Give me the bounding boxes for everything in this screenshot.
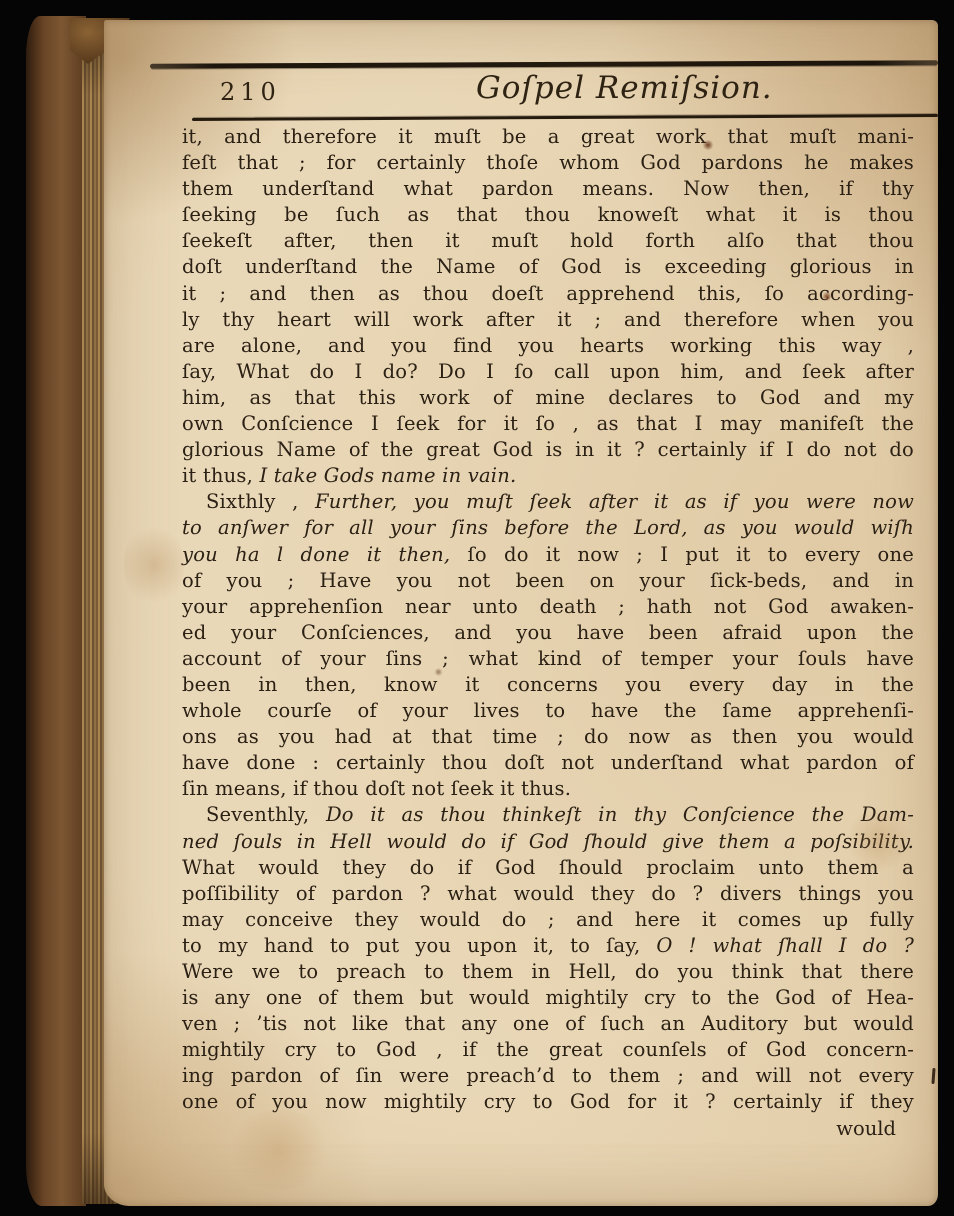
catchword: would <box>182 1116 914 1142</box>
text-line: ſeekeſt after, then it muſt hold forth a… <box>182 228 914 254</box>
text-line: ſeeking be ſuch as that thou knoweſt wha… <box>182 202 914 228</box>
text-line: ly thy heart will work after it ; and th… <box>182 307 914 333</box>
photograph-background: { "page": { "number": "210", "header_tit… <box>0 0 954 1216</box>
text-line: account of your ſins ; what kind of temp… <box>182 646 914 672</box>
running-title: Goſpel Remiſsion. <box>476 70 773 106</box>
text-line: may conceive they would do ; and here it… <box>182 907 914 933</box>
text-line: poſſibility of pardon ? what would they … <box>182 881 914 907</box>
book-spine <box>26 16 86 1206</box>
text-line: are alone, and you find you hearts worki… <box>182 333 914 359</box>
text-line: him, as that this work of mine declares … <box>182 385 914 411</box>
text-line: whole courſe of your lives to have the ſ… <box>182 698 914 724</box>
book-page: 210 Goſpel Remiſsion. it, and therefore … <box>104 20 938 1206</box>
text-line: feſt that ; for certainly thoſe whom God… <box>182 150 914 176</box>
text-line: own Conſcience I ſeek for it ſo , as tha… <box>182 411 914 437</box>
text-line: Were we to preach to them in Hell, do yo… <box>182 959 914 985</box>
text-line: been in then, know it concerns you every… <box>182 672 914 698</box>
margin-ink-mark <box>931 1068 935 1084</box>
text-line: ned ſouls in Hell would do if God ſhould… <box>182 829 914 855</box>
text-line: to anſwer for all your ſins before the L… <box>182 515 914 541</box>
paper-stain <box>124 520 184 610</box>
text-line: Seventhly, Do it as thou thinkeſt in thy… <box>182 802 914 828</box>
text-line: it thus, I take Gods name in vain. <box>182 463 914 489</box>
text-line: to my hand to put you upon it, to ſay, O… <box>182 933 914 959</box>
text-line: ing pardon of ſin were preach’d to them … <box>182 1063 914 1089</box>
text-line: it ; and then as thou doeſt apprehend th… <box>182 281 914 307</box>
text-line: doſt underſtand the Name of God is excee… <box>182 254 914 280</box>
text-line: of you ; Have you not been on your ſick-… <box>182 568 914 594</box>
text-line: ven ; ’tis not like that any one of ſuch… <box>182 1011 914 1037</box>
header-rule-top <box>150 60 938 68</box>
body-text: it, and therefore it muſt be a great wor… <box>182 124 914 1142</box>
page-number: 210 <box>220 78 281 106</box>
text-line: it, and therefore it muſt be a great wor… <box>182 124 914 150</box>
text-line: is any one of them but would mightily cr… <box>182 985 914 1011</box>
header-rule-bottom <box>192 114 938 121</box>
text-line: Sixthly , Further, you muſt ſeek after i… <box>182 489 914 515</box>
text-line: them underſtand what pardon means. Now t… <box>182 176 914 202</box>
text-line: you ha l done it then, ſo do it now ; I … <box>182 542 914 568</box>
text-line: ſin means, if thou doſt not ſeek it thus… <box>182 776 914 802</box>
text-line: have done : certainly thou doſt not unde… <box>182 750 914 776</box>
text-line: your apprehenſion near unto death ; hath… <box>182 594 914 620</box>
text-line: glorious Name of the great God is in it … <box>182 437 914 463</box>
text-line: ſay, What do I do? Do I ſo call upon him… <box>182 359 914 385</box>
text-line: ed your Conſciences, and you have been a… <box>182 620 914 646</box>
text-line: ons as you had at that time ; do now as … <box>182 724 914 750</box>
text-line: mightily cry to God , if the great counſ… <box>182 1037 914 1063</box>
text-line: one of you now mightily cry to God for i… <box>182 1089 914 1115</box>
text-line: What would they do if God ſhould proclai… <box>182 855 914 881</box>
